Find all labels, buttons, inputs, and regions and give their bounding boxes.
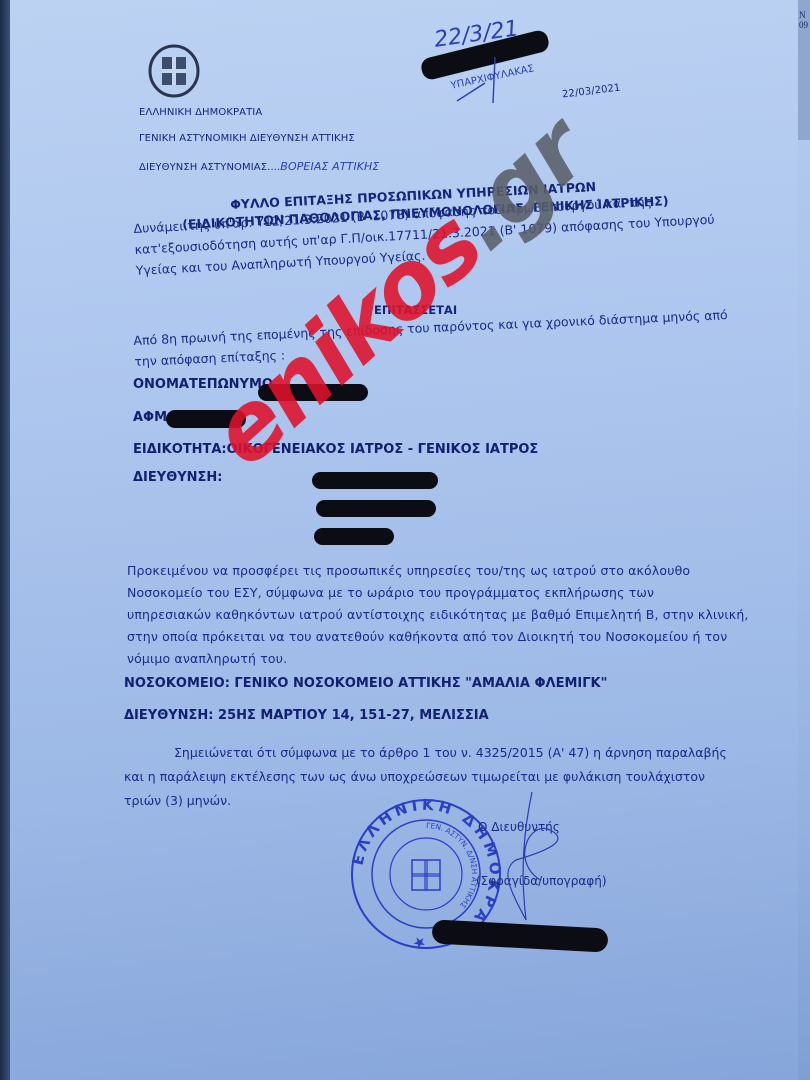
redaction-mark: [316, 500, 436, 517]
handwritten-directorate: ΒΟΡΕΙΑΣ ΑΤΤΙΚΗΣ: [280, 160, 379, 173]
specialty-field: ΕΙΔΙΚΟΤΗΤΑ:ΟΙΚΟΓΕΝΕΙΑΚΟΣ ΙΑΤΡΟΣ - ΓΕΝΙΚΟ…: [133, 442, 538, 457]
redaction-mark: [314, 528, 394, 545]
enikos-watermark: enikos.gr: [190, 97, 606, 487]
purpose-line: υπηρεσιακών καθηκόντων ιατρού αντίστοιχη…: [127, 604, 749, 626]
purpose-line: Προκειμένου να προσφέρει τις προσωπικές …: [127, 560, 749, 582]
purpose-line: Νοσοκομείο του ΕΣΥ, σύμφωνα με το ωράριο…: [127, 582, 749, 604]
specialty-label: ΕΙΔΙΚΟΤΗΤΑ:: [133, 442, 227, 457]
purpose-line: στην οποία πρόκειται να του ανατεθούν κα…: [127, 626, 749, 648]
directorate-label: ΓΕΝΙΚΗ ΑΣΤΥΝΟΜΙΚΗ ΔΙΕΥΘΥΝΣΗ ΑΤΤΙΚΗΣ: [139, 133, 355, 144]
signature-scribble: [455, 55, 515, 105]
republic-label: ΕΛΛΗΝΙΚΗ ΔΗΜΟΚΡΑΤΙΑ: [139, 107, 262, 118]
director-signature: [480, 790, 580, 930]
svg-text:ΓΕΝ. ΑΣΤΥΝ. Δ/ΝΣΗ ΑΤΤΙΚΗΣ: ΓΕΝ. ΑΣΤΥΝ. Δ/ΝΣΗ ΑΤΤΙΚΗΣ: [426, 821, 479, 910]
document-date: 22/03/2021: [562, 82, 622, 100]
purpose-line: νόμιμο αναπληρωτή του.: [127, 648, 749, 670]
greek-coat-of-arms-icon: [148, 44, 200, 98]
hospital-address: ΔΙΕΥΘΥΝΣΗ: 25ΗΣ ΜΑΡΤΙΟΥ 14, 151-27, ΜΕΛΙ…: [124, 708, 489, 723]
purpose-paragraph: Προκειμένου να προσφέρει τις προσωπικές …: [127, 560, 749, 670]
penalty-line: και η παράλειψη εκτέλεσης των ως άνω υπο…: [124, 765, 727, 789]
redaction-mark: [312, 472, 438, 489]
hospital-name: ΝΟΣΟΚΟΜΕΙΟ: ΓΕΝΙΚΟ ΝΟΣΟΚΟΜΕΙΟ ΑΤΤΙΚΗΣ "Α…: [124, 676, 607, 691]
police-directorate-label: ΔΙΕΥΘΥΝΣΗ ΑΣΤΥΝΟΜΙΑΣ....ΒΟΡΕΙΑΣ ΑΤΤΙΚΗΣ: [139, 160, 379, 173]
requisition-document: ΕΛΛΗΝΙΚΗ ΔΗΜΟΚΡΑΤΙΑ ΓΕΝΙΚΗ ΑΣΤΥΝΟΜΙΚΗ ΔΙ…: [0, 0, 810, 1080]
penalty-line: Σημειώνεται ότι σύμφωνα με το άρθρο 1 το…: [124, 741, 727, 765]
address-field-label: ΔΙΕΥΘΥΝΣΗ:: [133, 470, 223, 485]
afm-field-label: ΑΦΜ: [133, 410, 167, 425]
